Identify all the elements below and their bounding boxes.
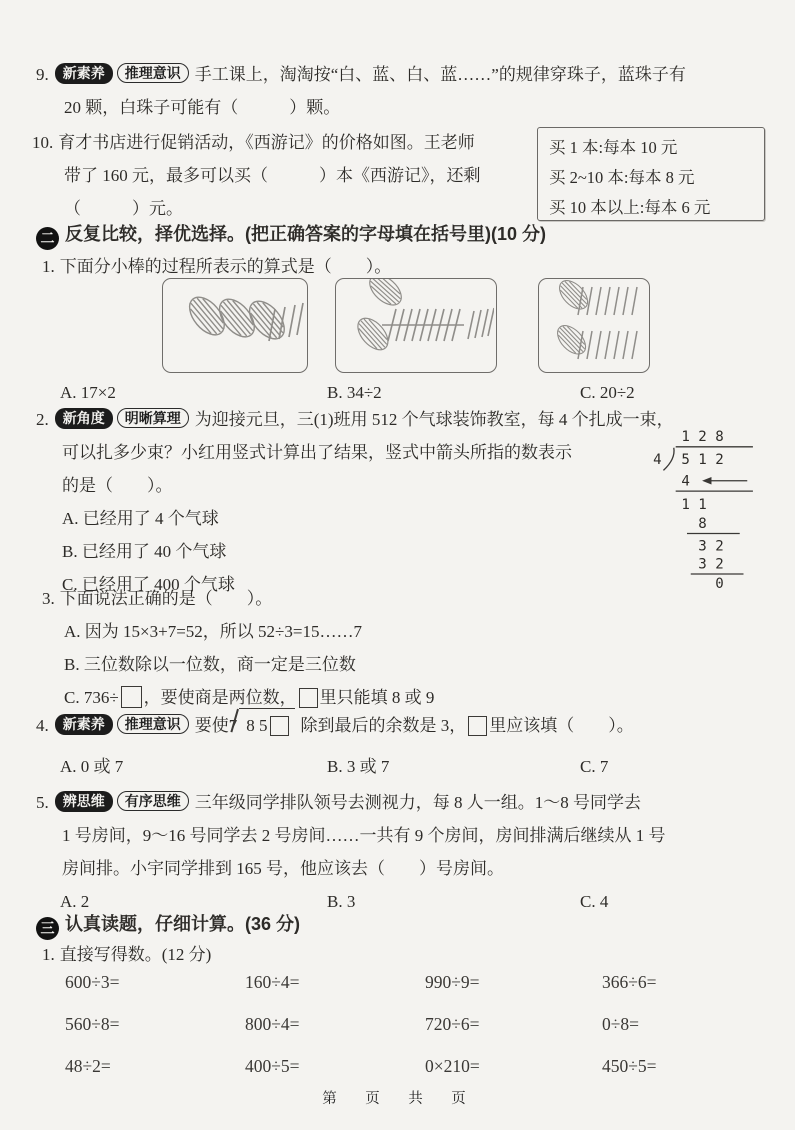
question-10: 10.育才书店进行促销活动，《西游记》的价格如图。王老师 带了 160 元，最多… bbox=[32, 126, 481, 225]
page-footer: 第 页 共 页 bbox=[0, 1087, 795, 1108]
question-number: 1. bbox=[42, 938, 55, 971]
blank-box bbox=[121, 686, 142, 708]
badge-discern-thinking: 辨思维 bbox=[55, 791, 113, 812]
option-c-pre: C. 736÷ bbox=[64, 688, 119, 707]
question-text: 育才书店进行促销活动，《西游记》的价格如图。王老师 bbox=[58, 133, 475, 152]
section-2-icon: 二 bbox=[36, 227, 59, 250]
q4-post: 里应该填（ ）。 bbox=[489, 716, 634, 735]
equation: 800÷4= bbox=[245, 1014, 425, 1056]
sticks-diagram-c bbox=[538, 278, 650, 373]
question-5-line3: 房间排。小宇同学排到 165 号，他应该去（ ）号房间。 bbox=[36, 852, 666, 885]
option-c-post: 里只能填 8 或 9 bbox=[320, 688, 435, 707]
blank-box bbox=[299, 688, 318, 708]
option-c: C. 4 bbox=[580, 885, 608, 918]
section-3-header: 三认真读题，仔细计算。(36 分) bbox=[36, 908, 300, 941]
badge-reasoning: 推理意识 bbox=[117, 714, 189, 734]
question-9: 9.新素养推理意识手工课上，淘淘按“白、蓝、白、蓝……”的规律穿珠子，蓝珠子有 … bbox=[36, 58, 686, 124]
badge-new-literacy: 新素养 bbox=[55, 63, 113, 84]
question-number: 9. bbox=[36, 58, 49, 91]
q4-mid: 除到最后的余数是 3， bbox=[301, 716, 467, 735]
option-b: B. 已经用了 40 个气球 bbox=[36, 535, 674, 568]
question-text: 为迎接元旦，三(1)班用 512 个气球装饰教室，每 4 个扎成一束， bbox=[195, 410, 674, 429]
question-2-line2: 可以扎多少束？小红用竖式计算出了结果，竖式中箭头所指的数表示 bbox=[36, 436, 674, 469]
question-number: 10. bbox=[32, 126, 53, 159]
long-division-diagram: 1 2 8 4 5 1 2 4 1 1 8 3 2 3 2 0 bbox=[636, 428, 786, 590]
section-2-title: 反复比较，择优选择。(把正确答案的字母填在括号里)(10 分) bbox=[65, 224, 546, 244]
division-step4: 3 2 bbox=[698, 538, 723, 554]
option-b: B. 三位数除以一位数，商一定是三位数 bbox=[42, 648, 434, 681]
question-text: 手工课上，淘淘按“白、蓝、白、蓝……”的规律穿珠子，蓝珠子有 bbox=[195, 65, 686, 84]
division-step3: 8 bbox=[698, 516, 707, 532]
s2-question-2: 2.新角度明晰算理为迎接元旦，三(1)班用 512 个气球装饰教室，每 4 个扎… bbox=[36, 403, 674, 601]
option-a: A. 已经用了 4 个气球 bbox=[36, 502, 674, 535]
division-divisor: 4 bbox=[653, 452, 662, 468]
worksheet-page: 9.新素养推理意识手工课上，淘淘按“白、蓝、白、蓝……”的规律穿珠子，蓝珠子有 … bbox=[0, 0, 795, 1130]
price-line: 买 2~10 本:每本 8 元 bbox=[549, 163, 764, 193]
question-text: 三年级同学排队领号去测视力，每 8 人一组。1～8 号同学去 bbox=[195, 793, 641, 812]
division-dividend: 5 1 2 bbox=[681, 452, 723, 468]
equation: 720÷6= bbox=[425, 1014, 602, 1056]
option-c-mid: ，要使商是两位数， bbox=[144, 688, 297, 707]
section-3-icon: 三 bbox=[36, 917, 59, 940]
s2-question-3: 3.下面说法正确的是（ ）。 A. 因为 15×3+7=52，所以 52÷3=1… bbox=[42, 582, 434, 714]
badge-new-angle: 新角度 bbox=[55, 408, 113, 429]
s2-question-5: 5.辨思维有序思维三年级同学排队领号去测视力，每 8 人一组。1～8 号同学去 … bbox=[36, 786, 666, 918]
equation: 600÷3= bbox=[65, 972, 245, 1014]
question-3-text: 3.下面说法正确的是（ ）。 bbox=[42, 582, 434, 615]
section-2-header: 二反复比较，择优选择。(把正确答案的字母填在括号里)(10 分) bbox=[36, 218, 546, 251]
equation: 160÷4= bbox=[245, 972, 425, 1014]
question-number: 5. bbox=[36, 786, 49, 819]
question-5-line2: 1 号房间，9～16 号同学去 2 号房间……一共有 9 个房间，房间排满后继续… bbox=[36, 819, 666, 852]
question-number: 4. bbox=[36, 709, 49, 742]
arrow-icon bbox=[702, 477, 747, 485]
badge-clear-reasoning: 明晰算理 bbox=[117, 408, 189, 428]
option-b: B. 3 bbox=[327, 885, 580, 918]
option-b: B. 3 或 7 bbox=[327, 750, 580, 783]
division-step2: 1 1 bbox=[681, 497, 706, 513]
question-text: 下面说法正确的是（ ）。 bbox=[60, 589, 273, 608]
question-text: 下面分小棒的过程所表示的算式是（ ）。 bbox=[60, 257, 392, 276]
sticks-diagram-b bbox=[335, 278, 497, 373]
question-10-line2: 带了 160 元，最多可以买（ ）本《西游记》，还剩 bbox=[32, 159, 481, 192]
s2-question-4: 4.新素养推理意识要使78 5除到最后的余数是 3，里应该填（ ）。 bbox=[36, 708, 634, 742]
question-10-line1: 10.育才书店进行促销活动，《西游记》的价格如图。王老师 bbox=[32, 126, 481, 159]
question-2-line1: 2.新角度明晰算理为迎接元旦，三(1)班用 512 个气球装饰教室，每 4 个扎… bbox=[36, 403, 674, 436]
division-step5: 3 2 bbox=[698, 556, 723, 572]
sticks-diagram-a bbox=[162, 278, 308, 373]
question-9-line1: 9.新素养推理意识手工课上，淘淘按“白、蓝、白、蓝……”的规律穿珠子，蓝珠子有 bbox=[36, 58, 686, 91]
question-number: 3. bbox=[42, 582, 55, 615]
equation: 0÷8= bbox=[602, 1014, 656, 1056]
division-bracket: 8 5 bbox=[239, 708, 294, 742]
question-text: 直接写得数。(12 分) bbox=[60, 945, 212, 964]
option-a: A. 因为 15×3+7=52，所以 52÷3=15……7 bbox=[42, 615, 434, 648]
blank-box bbox=[270, 716, 289, 736]
equation: 990÷9= bbox=[425, 972, 602, 1014]
equation: 560÷8= bbox=[65, 1014, 245, 1056]
price-list-box: 买 1 本:每本 10 元 买 2~10 本:每本 8 元 买 10 本以上:每… bbox=[537, 127, 765, 221]
question-2-line3: 的是（ ）。 bbox=[36, 469, 674, 502]
division-step1: 4 bbox=[681, 473, 690, 489]
blank-box bbox=[468, 716, 487, 736]
badge-ordered-thinking: 有序思维 bbox=[117, 791, 189, 811]
division-remainder: 0 bbox=[715, 576, 724, 590]
s2-q4-options: A. 0 或 7 B. 3 或 7 C. 7 bbox=[60, 750, 608, 783]
badge-reasoning: 推理意识 bbox=[117, 63, 189, 83]
equation: 366÷6= bbox=[602, 972, 656, 1014]
equation-grid: 600÷3= 160÷4= 990÷9= 366÷6= 560÷8= 800÷4… bbox=[65, 972, 656, 1098]
question-number: 1. bbox=[42, 250, 55, 283]
option-a: A. 0 或 7 bbox=[60, 750, 327, 783]
question-number: 2. bbox=[36, 403, 49, 436]
section-3-title: 认真读题，仔细计算。(36 分) bbox=[65, 914, 300, 934]
q4-pre: 要使 bbox=[195, 716, 229, 735]
s3-question-1: 1.直接写得数。(12 分) bbox=[42, 938, 211, 971]
price-line: 买 10 本以上:每本 6 元 bbox=[549, 193, 764, 223]
question-5-line1: 5.辨思维有序思维三年级同学排队领号去测视力，每 8 人一组。1～8 号同学去 bbox=[36, 786, 666, 819]
option-c: C. 7 bbox=[580, 750, 608, 783]
q4-dividend: 8 5 bbox=[246, 716, 267, 735]
price-line: 买 1 本:每本 10 元 bbox=[549, 133, 764, 163]
division-quotient: 1 2 8 bbox=[681, 429, 723, 445]
question-9-line2: 20 颗，白珠子可能有（ ）颗。 bbox=[36, 91, 686, 124]
badge-new-literacy: 新素养 bbox=[55, 714, 113, 735]
